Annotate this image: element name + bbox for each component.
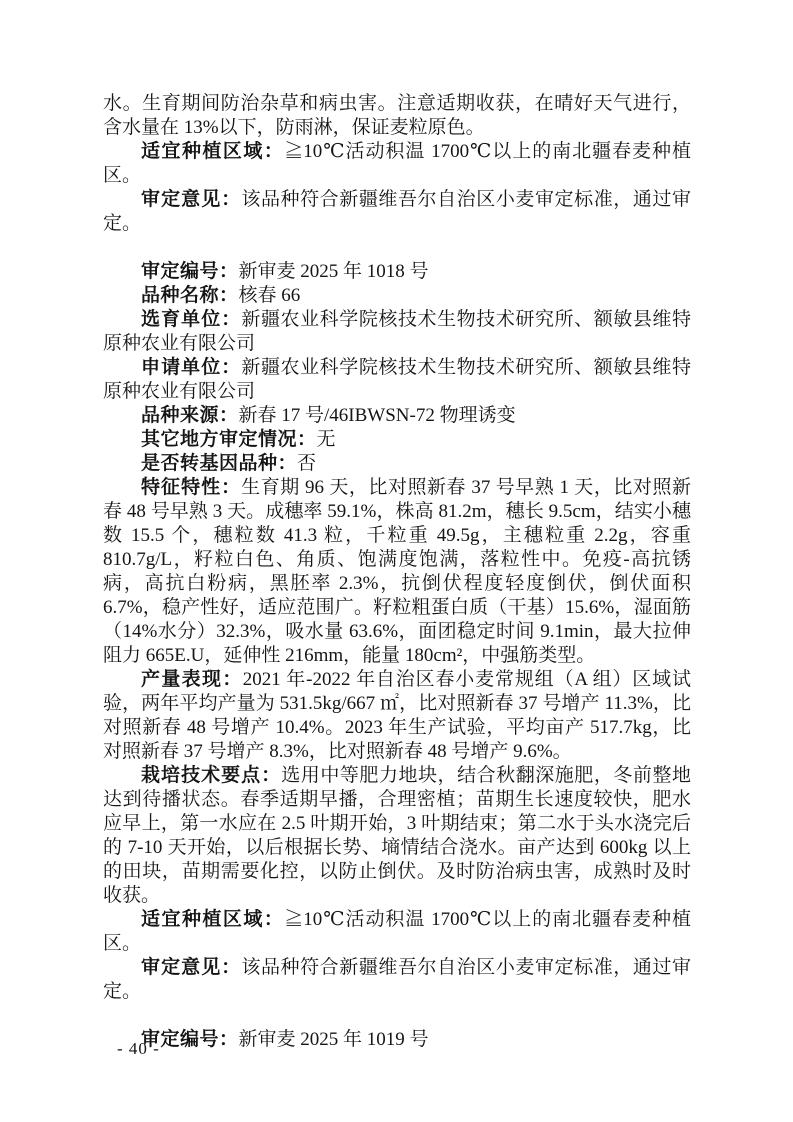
- field-variety-name: 品种名称：核春 66: [103, 284, 691, 308]
- field-other-region-approval: 其它地方审定情况：无: [103, 428, 691, 452]
- field-value: 新审麦 2025 年 1018 号: [239, 261, 429, 282]
- field-yield-performance: 产量表现：2021 年-2022 年自治区春小麦常规组（A 组）区域试验，两年平…: [103, 668, 691, 764]
- field-gmo-status: 是否转基因品种：否: [103, 452, 691, 476]
- paragraph-text: 水。生育期间防治杂草和病虫害。注意适期收获，在晴好天气进行，含水量在 13%以下…: [103, 93, 691, 138]
- document-page: 水。生育期间防治杂草和病虫害。注意适期收获，在晴好天气进行，含水量在 13%以下…: [0, 0, 793, 1122]
- field-approval-number: 审定编号：新审麦 2025 年 1018 号: [103, 260, 691, 284]
- field-label: 审定编号：: [141, 261, 239, 282]
- field-value: 无: [317, 429, 336, 450]
- paragraph-cultivation-continued: 水。生育期间防治杂草和病虫害。注意适期收获，在晴好天气进行，含水量在 13%以下…: [103, 92, 691, 140]
- field-label: 栽培技术要点：: [141, 765, 281, 786]
- field-label: 审定意见：: [141, 189, 241, 210]
- field-applicant-unit: 申请单位：新疆农业科学院核技术生物技术研究所、额敏县维特原种农业有限公司: [103, 356, 691, 404]
- field-value: 选用中等肥力地块，结合秋翻深施肥，冬前整地达到待播状态。春季适期早播，合理密植；…: [103, 765, 691, 906]
- field-approval-opinion-2: 审定意见：该品种符合新疆维吾尔自治区小麦审定标准，通过审定。: [103, 956, 691, 1004]
- field-label: 适宜种植区域：: [141, 141, 284, 162]
- field-label: 特征特性：: [141, 477, 241, 498]
- field-label: 适宜种植区域：: [141, 909, 284, 930]
- field-approval-opinion: 审定意见：该品种符合新疆维吾尔自治区小麦审定标准，通过审定。: [103, 188, 691, 236]
- field-value: 生育期 96 天，比对照新春 37 号早熟 1 天，比对照新春 48 号早熟 3…: [103, 477, 691, 666]
- field-label: 品种来源：: [141, 405, 239, 426]
- field-variety-origin: 品种来源：新春 17 号/46IBWSN-72 物理诱变: [103, 404, 691, 428]
- page-number: - 40 -: [117, 1038, 160, 1060]
- field-characteristics: 特征特性：生育期 96 天，比对照新春 37 号早熟 1 天，比对照新春 48 …: [103, 476, 691, 668]
- field-value: 新审麦 2025 年 1019 号: [239, 1029, 429, 1050]
- document-body: 水。生育期间防治杂草和病虫害。注意适期收获，在晴好天气进行，含水量在 13%以下…: [103, 92, 691, 1052]
- field-cultivation-techniques: 栽培技术要点：选用中等肥力地块，结合秋翻深施肥，冬前整地达到待播状态。春季适期早…: [103, 764, 691, 908]
- field-label: 选育单位：: [141, 309, 241, 330]
- field-suitable-planting-region-2: 适宜种植区域：≧10℃活动积温 1700℃以上的南北疆春麦种植区。: [103, 908, 691, 956]
- field-value: 核春 66: [239, 285, 301, 306]
- field-suitable-planting-region: 适宜种植区域：≧10℃活动积温 1700℃以上的南北疆春麦种植区。: [103, 140, 691, 188]
- field-label: 是否转基因品种：: [141, 453, 297, 474]
- field-breeding-unit: 选育单位：新疆农业科学院核技术生物技术研究所、额敏县维特原种农业有限公司: [103, 308, 691, 356]
- field-label: 品种名称：: [141, 285, 239, 306]
- field-label: 审定意见：: [141, 957, 241, 978]
- field-label: 申请单位：: [141, 357, 241, 378]
- field-value: 新春 17 号/46IBWSN-72 物理诱变: [239, 405, 516, 426]
- field-approval-number-2: 审定编号：新审麦 2025 年 1019 号: [103, 1028, 691, 1052]
- field-label: 其它地方审定情况：: [141, 429, 317, 450]
- field-value: 否: [297, 453, 316, 474]
- field-label: 产量表现：: [141, 669, 243, 690]
